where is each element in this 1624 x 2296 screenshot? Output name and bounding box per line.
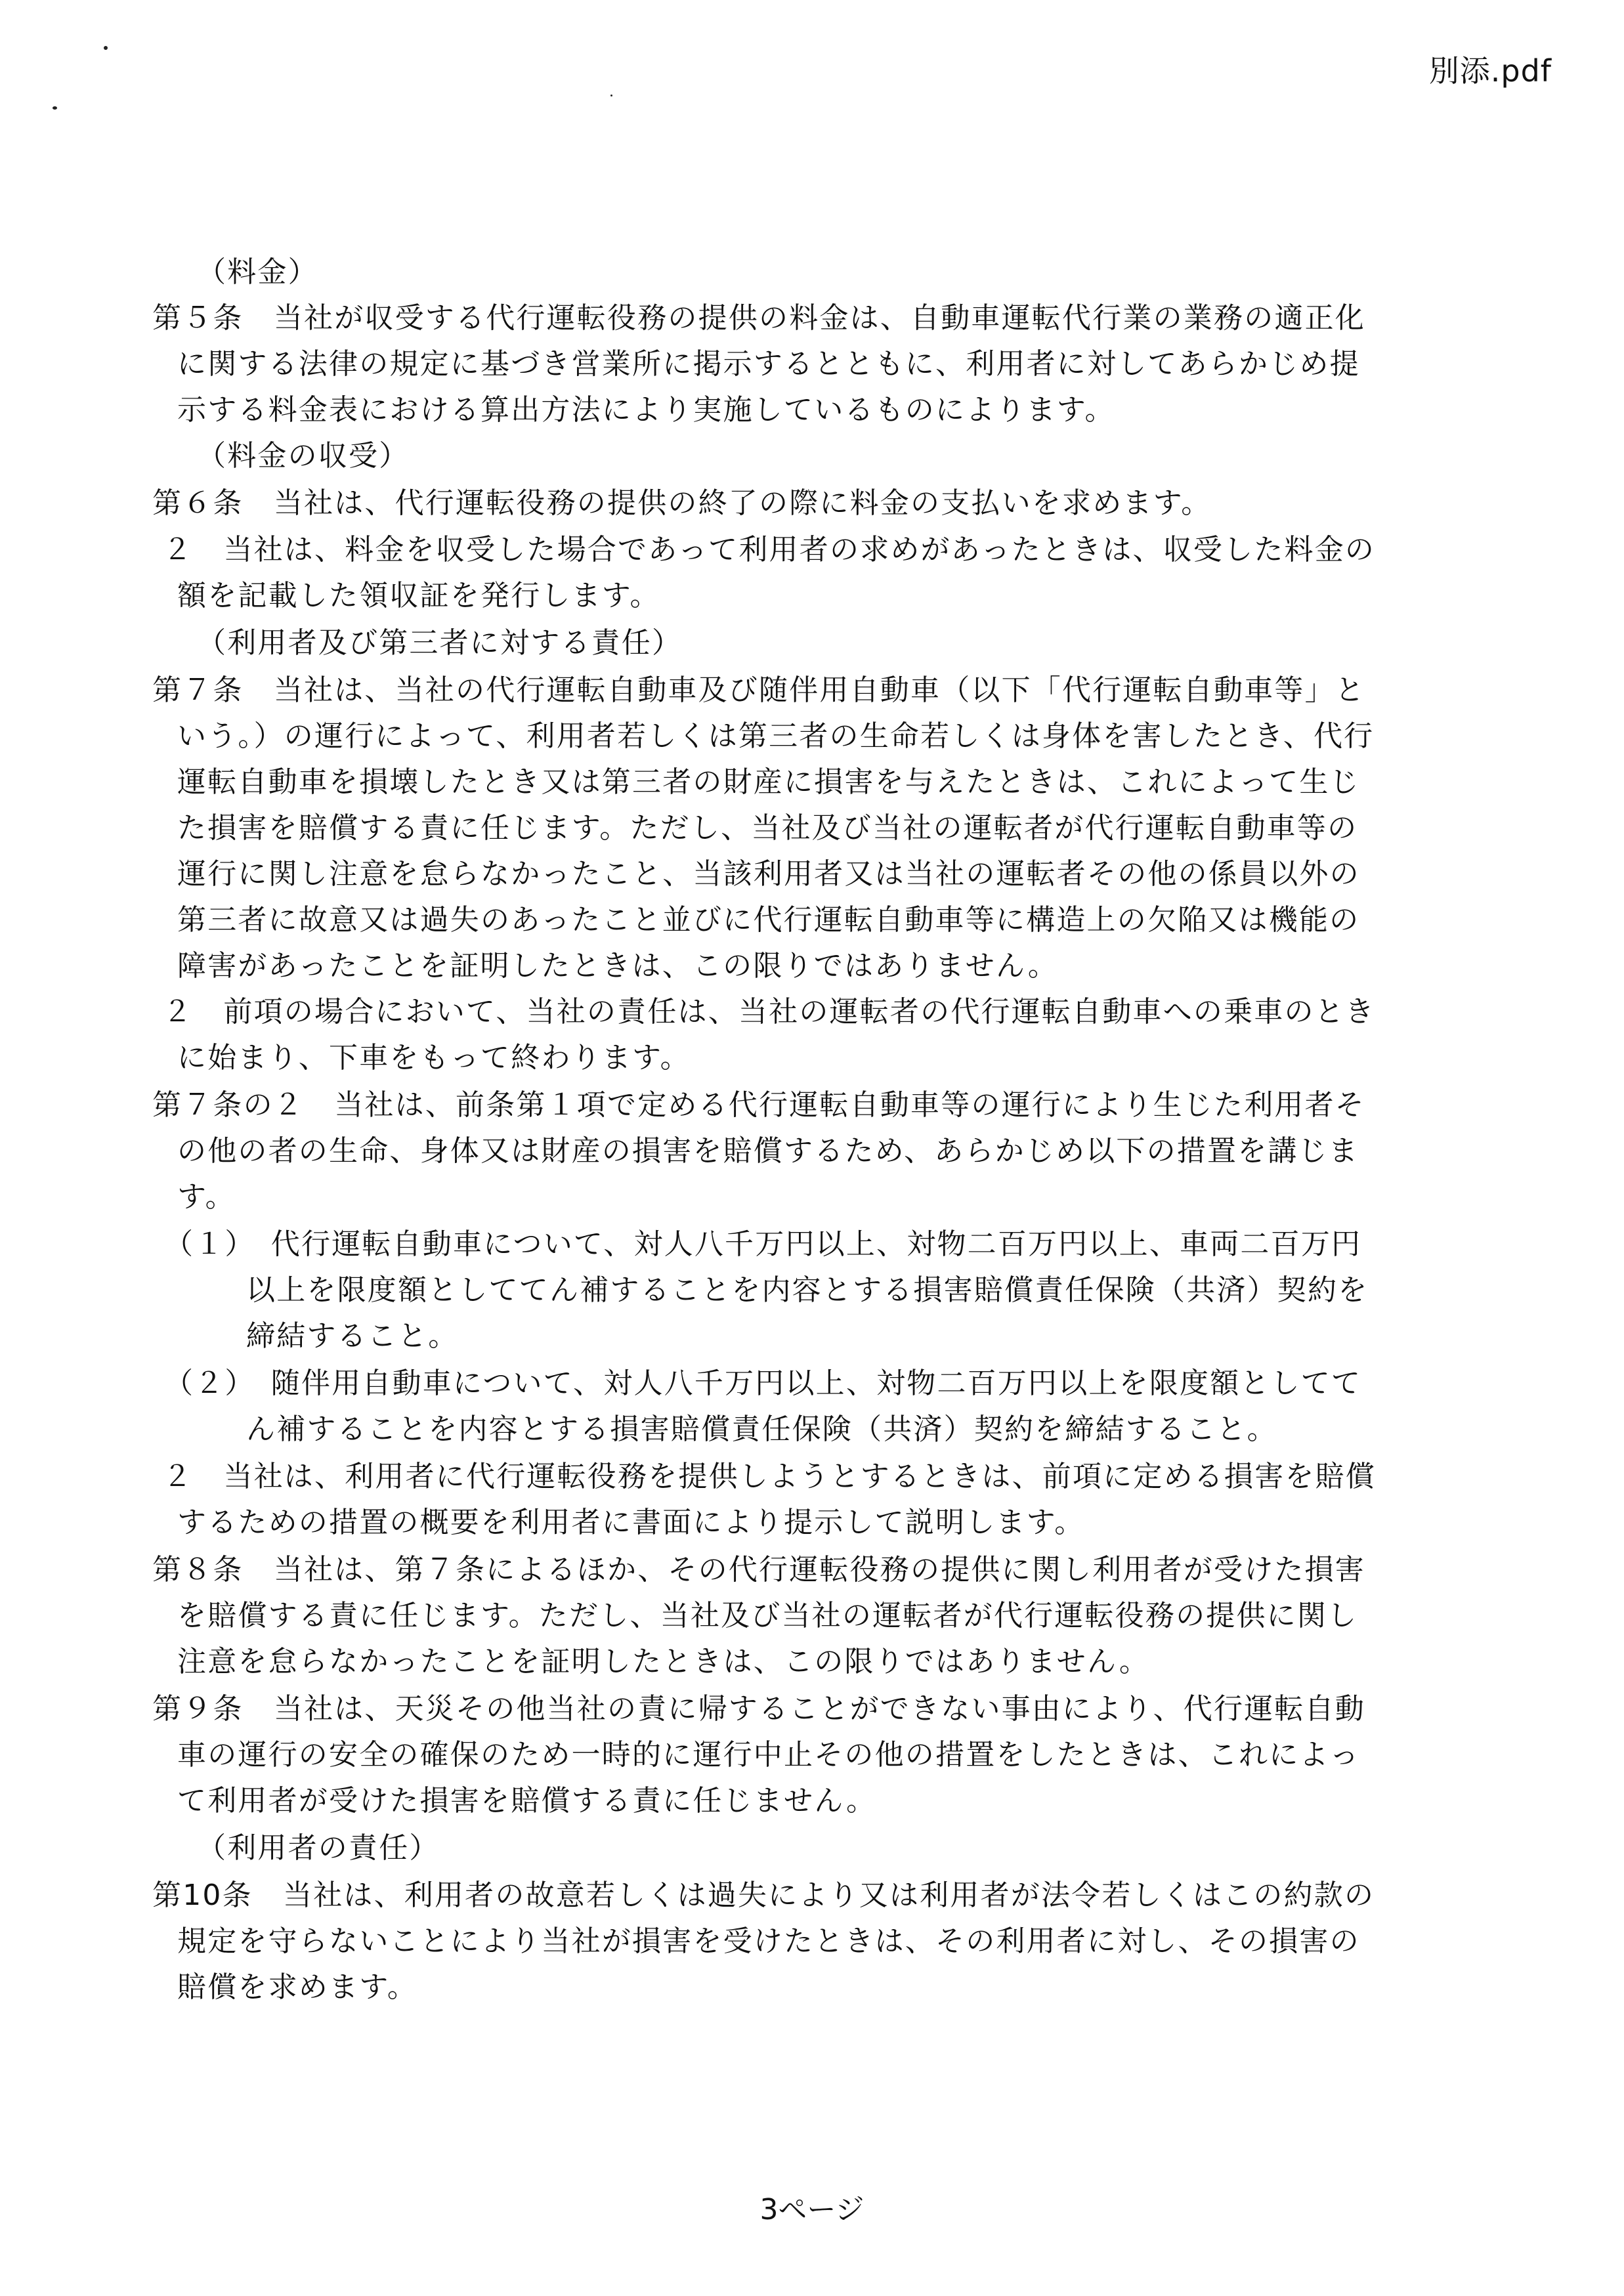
text-line: 示する料金表における算出方法により実施しているものによります。: [177, 391, 1115, 430]
scan-speck: [104, 46, 108, 50]
text-line: するための措置の概要を利用者に書面により提示して説明します。: [177, 1503, 1084, 1542]
text-line: を賠償する責に任じます。ただし、当社及び当社の運転者が代行運転役務の提供に関し: [177, 1596, 1357, 1636]
text-line: 規定を守らないことにより当社が損害を受けたときは、その利用者に対し、その損害の: [177, 1922, 1360, 1961]
text-line: す。: [177, 1178, 236, 1217]
text-line: 第８条 当社は、第７条によるほか、その代行運転役務の提供に関し利用者が受けた損害: [152, 1550, 1365, 1590]
text-line: 第７条 当社は、当社の代行運転自動車及び随伴用自動車（以下「代行運転自動車等」と: [152, 671, 1365, 710]
text-line: （料金の収受）: [197, 436, 409, 476]
text-line: 運転自動車を損壊したとき又は第三者の財産に損害を与えたときは、これによって生じ: [177, 763, 1360, 802]
text-line: た損害を賠償する責に任じます。ただし、当社及び当社の運転者が代行運転自動車等の: [177, 809, 1357, 848]
file-name-header: 別添.pdf: [1429, 47, 1552, 91]
text-line: に関する法律の規定に基づき営業所に掲示するとともに、利用者に対してあらかじめ提: [177, 345, 1360, 384]
text-line: 以上を限度額としててん補することを内容とする損害賠償責任保険（共済）契約を: [246, 1271, 1368, 1310]
text-line: （利用者の責任）: [197, 1829, 440, 1868]
scan-speck: [610, 95, 612, 96]
text-line: （１） 代行運転自動車について、対人八千万円以上、対物二百万円以上、車両二百万円: [164, 1225, 1361, 1264]
text-line: ２ 前項の場合において、当社の責任は、当社の運転者の代行運転自動車への乗車のとき: [163, 992, 1375, 1032]
text-line: （利用者及び第三者に対する責任）: [197, 624, 682, 663]
text-line: 障害があったことを証明したときは、この限りではありません。: [177, 946, 1058, 986]
text-line: て利用者が受けた損害を賠償する責に任じません。: [177, 1781, 876, 1821]
text-line: ２ 当社は、利用者に代行運転役務を提供しようとするときは、前項に定める損害を賠償: [163, 1457, 1376, 1497]
text-line: ん補することを内容とする損害賠償責任保険（共済）契約を締結すること。: [246, 1410, 1277, 1449]
text-line: に始まり、下車をもって終わります。: [177, 1038, 691, 1078]
text-line: 第10条 当社は、利用者の故意若しくは過失により又は利用者が法令若しくはこの約款…: [152, 1876, 1375, 1915]
scan-speck: [53, 106, 57, 110]
text-line: 第９条 当社は、天災その他当社の責に帰することができない事由により、代行運転自動: [152, 1690, 1365, 1729]
text-line: の他の者の生命、身体又は財産の損害を賠償するため、あらかじめ以下の措置を講じま: [177, 1132, 1359, 1171]
text-line: （料金）: [197, 253, 318, 292]
text-line: 第５条 当社が収受する代行運転役務の提供の料金は、自動車運転代行業の業務の適正化: [152, 299, 1365, 338]
text-line: 注意を怠らなかったことを証明したときは、この限りではありません。: [177, 1642, 1149, 1682]
text-line: 第６条 当社は、代行運転役務の提供の終了の際に料金の支払いを求めます。: [152, 484, 1211, 523]
text-line: 賠償を求めます。: [177, 1968, 417, 2007]
text-line: 第７条の２ 当社は、前条第１項で定める代行運転自動車等の運行により生じた利用者そ: [152, 1086, 1365, 1125]
text-line: 額を記載した領収証を発行します。: [177, 576, 660, 616]
text-line: （２） 随伴用自動車について、対人八千万円以上、対物二百万円以上を限度額としてて: [164, 1364, 1361, 1403]
page-number: 3ページ: [0, 2186, 1624, 2228]
text-line: 第三者に故意又は過失のあったこと並びに代行運転自動車等に構造上の欠陥又は機能の: [177, 901, 1359, 940]
text-line: いう。）の運行によって、利用者若しくは第三者の生命若しくは身体を害したとき、代行: [177, 717, 1374, 756]
text-line: ２ 当社は、料金を収受した場合であって利用者の求めがあったときは、収受した料金の: [163, 530, 1375, 570]
text-line: 運行に関し注意を怠らなかったこと、当該利用者又は当社の運転者その他の係員以外の: [177, 855, 1360, 894]
text-line: 締結すること。: [246, 1317, 458, 1356]
text-line: 車の運行の安全の確保のため一時的に運行中止その他の措置をしたときは、これによっ: [177, 1735, 1360, 1775]
